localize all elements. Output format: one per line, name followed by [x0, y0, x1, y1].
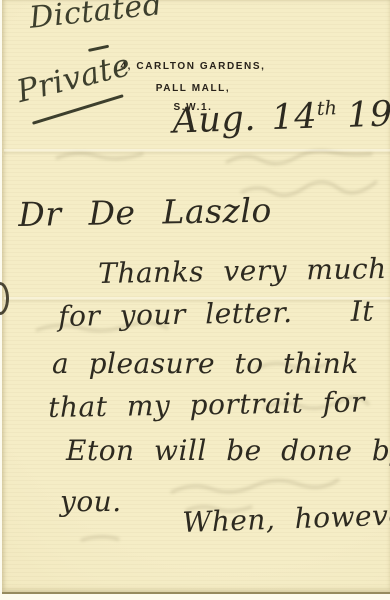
body-line-2: for your letter. It is [58, 297, 390, 331]
scanned-letter-page: { "letter": { "annotations": { "dictated… [0, 0, 390, 600]
body-line-7: When, however, [182, 501, 390, 537]
binding-clip-mark [0, 282, 9, 315]
annotation-dictated: Dictated [28, 0, 164, 34]
date-line: Aug. 14th1917 [172, 95, 390, 140]
date-ordinal: th [316, 96, 337, 120]
body-line-4: that my portrait for [48, 388, 365, 422]
date-year: 1917 [346, 92, 390, 135]
body-line-1: Thanks very much [98, 255, 387, 288]
letterhead-address-line2: PALL MALL, [98, 83, 288, 94]
body-line-5: Eton will be done by [66, 437, 390, 465]
fold-crease-upper [4, 149, 390, 155]
salutation: Dr De Laszlo [18, 194, 272, 231]
body-line-6: you. [60, 488, 122, 516]
body-line-3: a pleasure to think [52, 350, 359, 378]
letter-paper: Dictated 4, CARLTON GARDENS, PALL MALL, … [2, 0, 390, 594]
date-month-day: Aug. 14 [172, 97, 318, 142]
